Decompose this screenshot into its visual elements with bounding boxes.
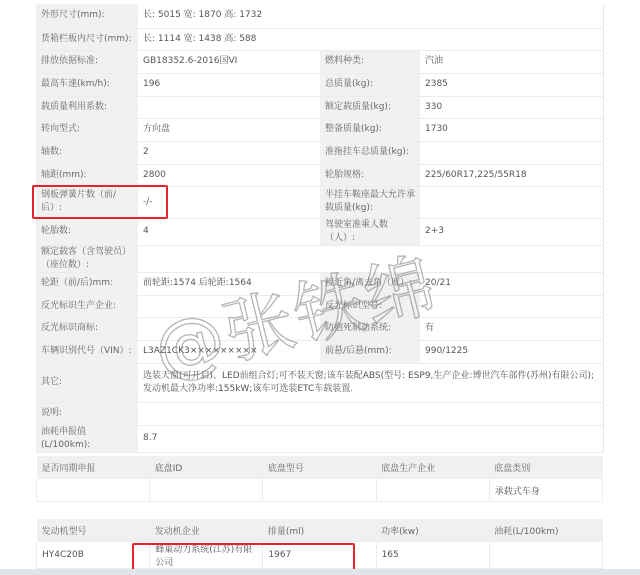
spec-label: 准拖挂车总质量(kg):	[320, 141, 420, 164]
chassis-header: 底盘生产企业	[376, 456, 489, 479]
spec-row: 轴数:2准拖挂车总质量(kg):	[36, 141, 603, 164]
spec-row: 最高车速(km/h):196总质量(kg):2385	[36, 73, 603, 96]
spec-row: 额定载客（含驾驶员）（座位数）:	[36, 245, 603, 272]
spec-row: 其它:选装天窗(可开启)、LED前组合灯;可不装天窗;该车装配ABS(型号: E…	[36, 363, 603, 402]
spec-label: 接近角/离去角（度）:	[320, 272, 420, 295]
spec-label: 整备质量(kg):	[320, 118, 420, 141]
spec-label: 油耗申报值(L/100km):	[36, 425, 138, 452]
spec-value: 汽油	[420, 50, 603, 73]
spec-row: 说明:	[36, 402, 603, 425]
chassis-header: 是否同期申报	[37, 456, 150, 479]
spec-label: 反光标识商标:	[36, 317, 138, 340]
vehicle-spec-table: 外形尺寸(mm):长: 5015 宽: 1870 高: 1732货箱栏板内尺寸(…	[36, 4, 604, 453]
spec-value: 330	[420, 96, 603, 118]
spec-value: 前轮距:1574 后轮距:1564	[138, 272, 320, 295]
spec-label: 反光标识型号:	[320, 295, 420, 317]
engine-header: 油耗(L/100km)	[489, 519, 602, 542]
spec-row: 轮距（前/后)mm:前轮距:1574 后轮距:1564接近角/离去角（度）:20…	[36, 272, 603, 295]
spec-label: 外形尺寸(mm):	[36, 4, 138, 28]
spec-row: 油耗申报值(L/100km):8.7	[36, 425, 603, 452]
engine-row: HY4C20B蜂巢动力系统(江苏)有限公司1967165	[37, 542, 603, 569]
engine-cell: 1967	[263, 542, 376, 569]
spec-value	[420, 186, 603, 218]
spec-label: 总质量(kg):	[320, 73, 420, 96]
chassis-header: 底盘类别	[489, 456, 602, 479]
engine-cell: 蜂巢动力系统(江苏)有限公司	[150, 542, 263, 569]
spec-label: 最高车速(km/h):	[36, 73, 138, 96]
spec-label: 说明:	[36, 402, 138, 425]
spec-row: 货箱栏板内尺寸(mm):长: 1114 宽: 1438 高: 588	[36, 28, 603, 50]
spec-value: 有	[420, 317, 603, 340]
spec-label: 反光标识生产企业:	[36, 295, 138, 317]
engine-header: 发动机型号	[37, 519, 150, 542]
spec-row: 轴距(mm):2800轮胎规格:225/60R17,225/55R18	[36, 164, 603, 186]
spec-label: 燃料种类:	[320, 50, 420, 73]
spec-row: 外形尺寸(mm):长: 5015 宽: 1870 高: 1732	[36, 4, 603, 28]
spec-row: 轮胎数:4驾驶室准乘人数（人）:2+3	[36, 218, 603, 245]
spec-row: 钢板弹簧片数（前/后）:-/-半挂车鞍座最大允许承载质量(kg):	[36, 186, 603, 218]
bottom-strip	[0, 569, 640, 575]
spec-value: 长: 5015 宽: 1870 高: 1732	[138, 4, 603, 28]
spec-row: 反光标识生产企业:反光标识型号:	[36, 295, 603, 317]
spec-value: 225/60R17,225/55R18	[420, 164, 603, 186]
spec-value	[138, 402, 603, 425]
spec-value	[138, 317, 320, 340]
spec-value: GB18352.6-2016国VI	[138, 50, 320, 73]
spec-value	[138, 295, 320, 317]
spec-row: 载质量利用系数:额定载质量(kg):330	[36, 96, 603, 118]
spec-label: 排放依据标准:	[36, 50, 138, 73]
spec-value	[138, 96, 320, 118]
spec-label: 钢板弹簧片数（前/后）:	[36, 186, 138, 218]
engine-header: 排量(ml)	[263, 519, 376, 542]
chassis-cell	[263, 479, 376, 502]
engine-cell	[489, 542, 602, 569]
chassis-cell: 承载式车身	[489, 479, 602, 502]
chassis-table: 是否同期申报底盘ID底盘型号底盘生产企业底盘类别 承载式车身	[36, 456, 603, 502]
spec-value: 4	[138, 218, 320, 245]
spec-label: 货箱栏板内尺寸(mm):	[36, 28, 138, 50]
spec-value: 2385	[420, 73, 603, 96]
spec-label: 半挂车鞍座最大允许承载质量(kg):	[320, 186, 420, 218]
spec-row: 车辆识别代号（VIN）:L3AZ1CK3×××××××××前悬/后悬(mm):9…	[36, 340, 603, 363]
spec-label: 前悬/后悬(mm):	[320, 340, 420, 363]
spec-label: 转向型式:	[36, 118, 138, 141]
chassis-cell	[37, 479, 150, 502]
spec-value: 方向盘	[138, 118, 320, 141]
spec-value: 选装天窗(可开启)、LED前组合灯;可不装天窗;该车装配ABS(型号: ESP9…	[138, 363, 603, 402]
spec-row: 转向型式:方向盘整备质量(kg):1730	[36, 118, 603, 141]
engine-header: 发动机企业	[150, 519, 263, 542]
engine-table: 发动机型号发动机企业排量(ml)功率(kw)油耗(L/100km) HY4C20…	[36, 519, 603, 569]
spec-value: 长: 1114 宽: 1438 高: 588	[138, 28, 603, 50]
spec-value	[420, 141, 603, 164]
spec-value: 196	[138, 73, 320, 96]
spec-label: 额定载质量(kg):	[320, 96, 420, 118]
spec-label: 轮距（前/后)mm:	[36, 272, 138, 295]
spec-value: 2	[138, 141, 320, 164]
spec-label: 驾驶室准乘人数（人）:	[320, 218, 420, 245]
chassis-cell	[376, 479, 489, 502]
spec-value: 2+3	[420, 218, 603, 245]
spec-value: -/-	[138, 186, 320, 218]
engine-cell: HY4C20B	[37, 542, 150, 569]
spec-value: L3AZ1CK3×××××××××	[138, 340, 320, 363]
spec-value: 20/21	[420, 272, 603, 295]
spec-label: 车辆识别代号（VIN）:	[36, 340, 138, 363]
spec-row: 反光标识商标:防抱死制动系统:有	[36, 317, 603, 340]
spec-label: 轴距(mm):	[36, 164, 138, 186]
spec-value: 2800	[138, 164, 320, 186]
chassis-header: 底盘ID	[150, 456, 263, 479]
spec-value	[138, 245, 603, 272]
spec-value: 1730	[420, 118, 603, 141]
chassis-cell	[150, 479, 263, 502]
spec-label: 轮胎规格:	[320, 164, 420, 186]
chassis-header: 底盘型号	[263, 456, 376, 479]
spec-value	[420, 295, 603, 317]
engine-cell: 165	[376, 542, 489, 569]
spec-label: 其它:	[36, 363, 138, 402]
chassis-row: 承载式车身	[37, 479, 603, 502]
spec-label: 载质量利用系数:	[36, 96, 138, 118]
spec-label: 额定载客（含驾驶员）（座位数）:	[36, 245, 138, 272]
spec-value: 8.7	[138, 425, 603, 452]
spec-value: 990/1225	[420, 340, 603, 363]
spec-row: 排放依据标准:GB18352.6-2016国VI燃料种类:汽油	[36, 50, 603, 73]
spec-label: 防抱死制动系统:	[320, 317, 420, 340]
spec-label: 轮胎数:	[36, 218, 138, 245]
engine-header: 功率(kw)	[376, 519, 489, 542]
spec-label: 轴数:	[36, 141, 138, 164]
